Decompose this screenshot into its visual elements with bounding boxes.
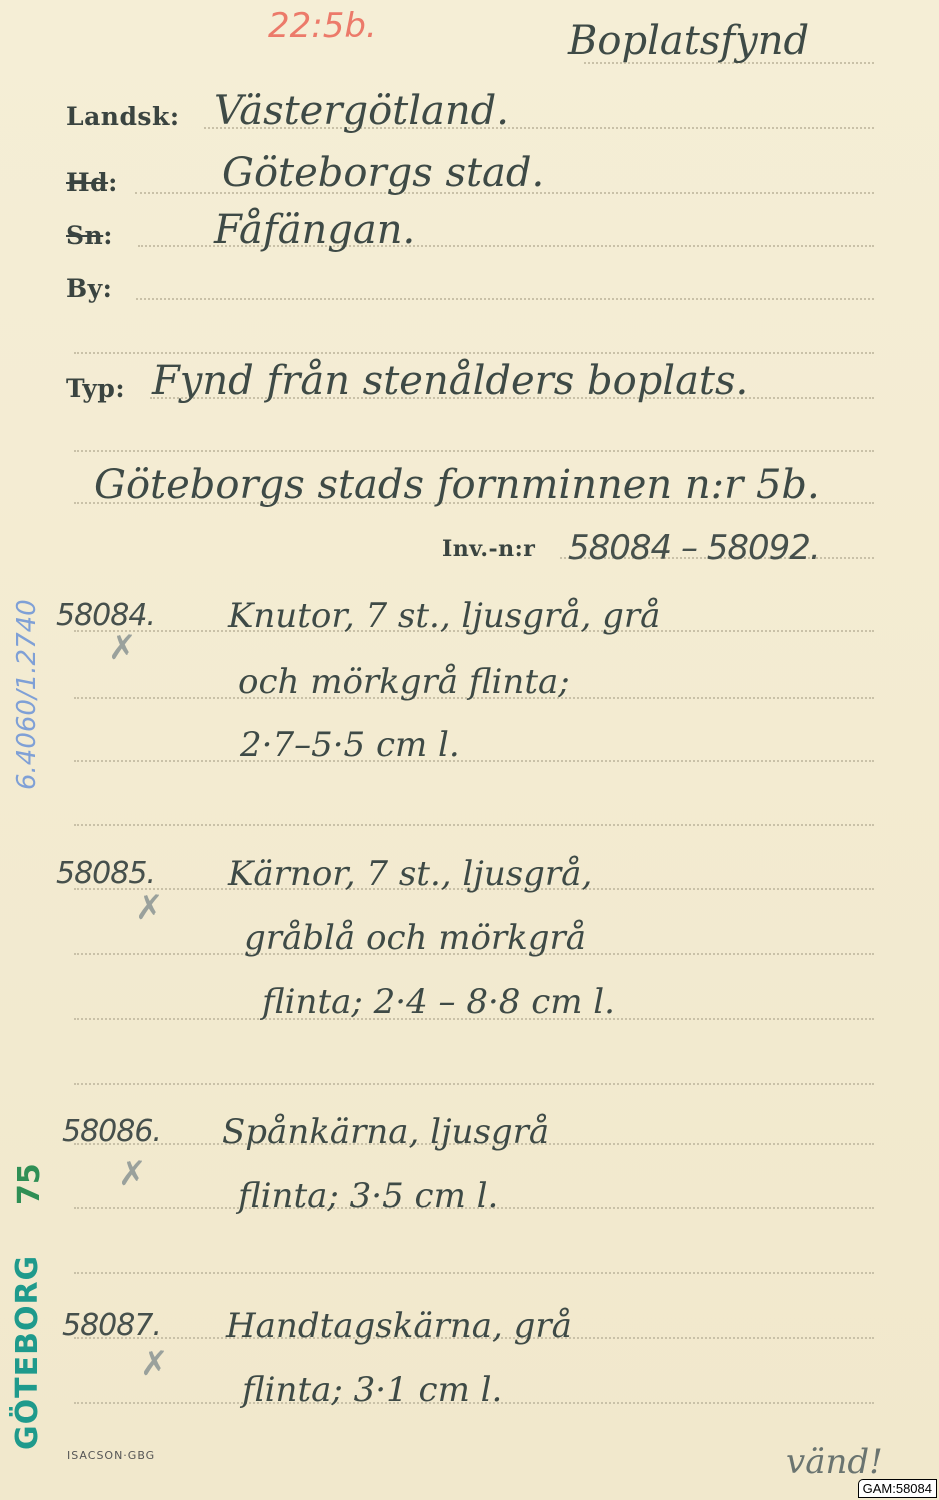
field-label-by: By: bbox=[66, 274, 112, 303]
typ-label: Typ: bbox=[66, 374, 125, 403]
struck-label: Hd bbox=[66, 168, 108, 197]
rule-line bbox=[74, 352, 874, 354]
check-mark-icon: ✗ bbox=[118, 1154, 147, 1194]
label-colon: : bbox=[108, 168, 118, 197]
catalog-ref: 22:5b. bbox=[268, 6, 377, 46]
rule-line bbox=[136, 298, 874, 300]
entry-number: 58085. bbox=[56, 856, 155, 891]
field-value-landskap: Västergötland. bbox=[214, 88, 509, 134]
turn-over-note: vänd! bbox=[786, 1442, 883, 1482]
entry-line: Kärnor, 7 st., ljusgrå, bbox=[228, 854, 592, 894]
rule-line bbox=[74, 1083, 874, 1085]
entry-line: Spånkärna, ljusgrå bbox=[222, 1112, 549, 1152]
check-mark-icon: ✗ bbox=[140, 1344, 169, 1384]
entry-number: 58086. bbox=[62, 1114, 161, 1149]
entry-line: och mörkgrå flinta; bbox=[238, 662, 570, 702]
rule-line bbox=[74, 1272, 874, 1274]
entry-line: flinta; 3·1 cm l. bbox=[242, 1370, 502, 1410]
entry-number: 58084. bbox=[56, 598, 155, 633]
archive-id-badge: GAM:58084 bbox=[858, 1479, 937, 1498]
category-heading: Boplatsfynd bbox=[568, 18, 809, 64]
typ-value: Fynd från stenålders boplats. bbox=[152, 358, 748, 404]
field-label-socken: Sn: bbox=[66, 221, 113, 250]
rule-line bbox=[74, 760, 874, 762]
struck-label: Sn bbox=[66, 221, 103, 250]
margin-stamp: GÖTEBORG bbox=[10, 1255, 45, 1450]
check-mark-icon: ✗ bbox=[135, 888, 164, 928]
label-colon: : bbox=[103, 221, 113, 250]
entry-line: Handtagskärna, grå bbox=[226, 1306, 572, 1346]
printer-mark: ISACSON·GBG bbox=[67, 1449, 155, 1462]
margin-stamp-number: 75 bbox=[12, 1163, 47, 1205]
field-label-landskap: Landsk: bbox=[66, 102, 180, 131]
inventory-label: Inv.-n:r bbox=[442, 536, 535, 562]
rule-line bbox=[74, 824, 874, 826]
check-mark-icon: ✗ bbox=[108, 628, 137, 668]
field-value-socken: Fåfängan. bbox=[214, 207, 415, 253]
entry-line: flinta; 3·5 cm l. bbox=[238, 1176, 498, 1216]
rule-line bbox=[74, 450, 874, 452]
field-value-harad: Göteborgs stad. bbox=[222, 150, 544, 196]
entry-number: 58087. bbox=[62, 1308, 161, 1343]
entry-line: Knutor, 7 st., ljusgrå, grå bbox=[228, 596, 660, 636]
field-label-harad: Hd: bbox=[66, 168, 118, 197]
margin-note-blue: 6.4060/1.2740 bbox=[12, 599, 42, 790]
inventory-range: 58084 – 58092. bbox=[568, 528, 820, 568]
entry-line: 2·7–5·5 cm l. bbox=[240, 725, 460, 765]
entry-line: flinta; 2·4 – 8·8 cm l. bbox=[262, 982, 615, 1022]
catalog-card: 22:5b. Boplatsfynd Landsk: Hd: Sn: By: V… bbox=[0, 0, 939, 1500]
entry-line: gråblå och mörkgrå bbox=[244, 918, 586, 958]
collection-line: Göteborgs stads fornminnen n:r 5b. bbox=[94, 462, 820, 508]
